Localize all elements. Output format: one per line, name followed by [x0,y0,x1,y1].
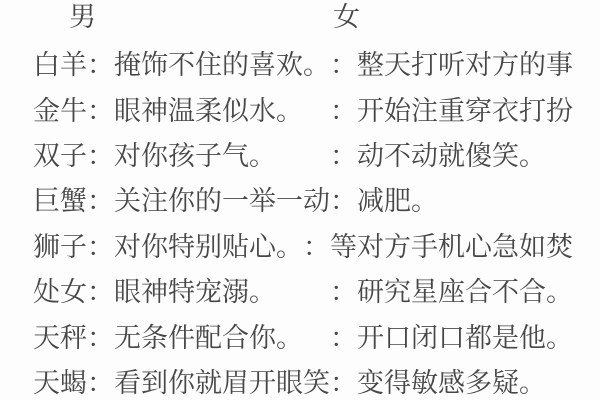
female-trait: ：动不动就傻笑。 [330,134,546,173]
male-trait: ：对你孩子气。 [87,134,276,173]
male-trait: ：眼神温柔似水。 [87,89,303,128]
male-trait: ：无条件配合你。 [87,316,303,355]
zodiac-rows: 白羊 ：掩饰不住的喜欢。 ：整天打听对方的事 金牛 ：眼神温柔似水。 ：开始注重… [33,40,600,400]
zodiac-row-libra: 天秤 ：无条件配合你。 ：开口闭口都是他。 [33,312,600,357]
female-trait: ：变得敏感多疑。 [330,361,546,400]
female-trait: ：减肥。 [330,179,438,218]
male-column-cell: 处女 ：眼神特宠溺。 [33,270,330,309]
zodiac-love-table: 男 女 白羊 ：掩饰不住的喜欢。 ：整天打听对方的事 金牛 ：眼神温柔似水。 ：… [0,0,600,400]
male-column-cell: 白羊 ：掩饰不住的喜欢。 [33,43,330,82]
female-trait: ：开口闭口都是他。 [330,316,573,355]
zodiac-sign: 天秤 [33,316,87,355]
zodiac-sign: 双子 [33,134,87,173]
male-column-cell: 天秤 ：无条件配合你。 [33,316,330,355]
male-trait: ：看到你就眉开眼笑 [87,361,330,400]
zodiac-row-gemini: 双子 ：对你孩子气。 ：动不动就傻笑。 [33,131,600,176]
female-trait: ：研究星座合不合。 [330,270,573,309]
male-trait: ：关注你的一举一动 [87,179,330,218]
male-trait: ：掩饰不住的喜欢。 [87,43,330,82]
male-column-cell: 天蝎 ：看到你就眉开眼笑 [33,361,330,400]
female-trait: ：开始注重穿衣打扮 [330,89,573,128]
zodiac-row-scorpio: 天蝎 ：看到你就眉开眼笑 ：变得敏感多疑。 [33,358,600,400]
male-column-header: 男 [69,1,96,35]
male-column-cell: 巨蟹 ：关注你的一举一动 [33,179,330,218]
zodiac-sign: 白羊 [33,43,87,82]
male-trait: ：对你特别贴心。 [87,225,303,264]
zodiac-sign: 巨蟹 [33,179,87,218]
male-column-cell: 金牛 ：眼神温柔似水。 [33,89,330,128]
zodiac-sign: 狮子 [33,225,87,264]
zodiac-row-aries: 白羊 ：掩饰不住的喜欢。 ：整天打听对方的事 [33,40,600,85]
male-trait: ：眼神特宠溺。 [87,270,276,309]
male-column-cell: 双子 ：对你孩子气。 [33,134,330,173]
female-trait: ：整天打听对方的事 [330,43,573,82]
zodiac-row-cancer: 巨蟹 ：关注你的一举一动 ：减肥。 [33,176,600,221]
zodiac-sign: 金牛 [33,89,87,128]
zodiac-sign: 天蝎 [33,361,87,400]
female-trait: ：等对方手机心急如焚 [303,225,573,264]
zodiac-row-taurus: 金牛 ：眼神温柔似水。 ：开始注重穿衣打扮 [33,85,600,130]
zodiac-row-virgo: 处女 ：眼神特宠溺。 ：研究星座合不合。 [33,267,600,312]
male-column-cell: 狮子 ：对你特别贴心。 [33,225,303,264]
zodiac-row-leo: 狮子 ：对你特别贴心。 ：等对方手机心急如焚 [33,222,600,267]
zodiac-sign: 处女 [33,270,87,309]
female-column-header: 女 [333,1,360,35]
column-headers: 男 女 [0,0,600,40]
